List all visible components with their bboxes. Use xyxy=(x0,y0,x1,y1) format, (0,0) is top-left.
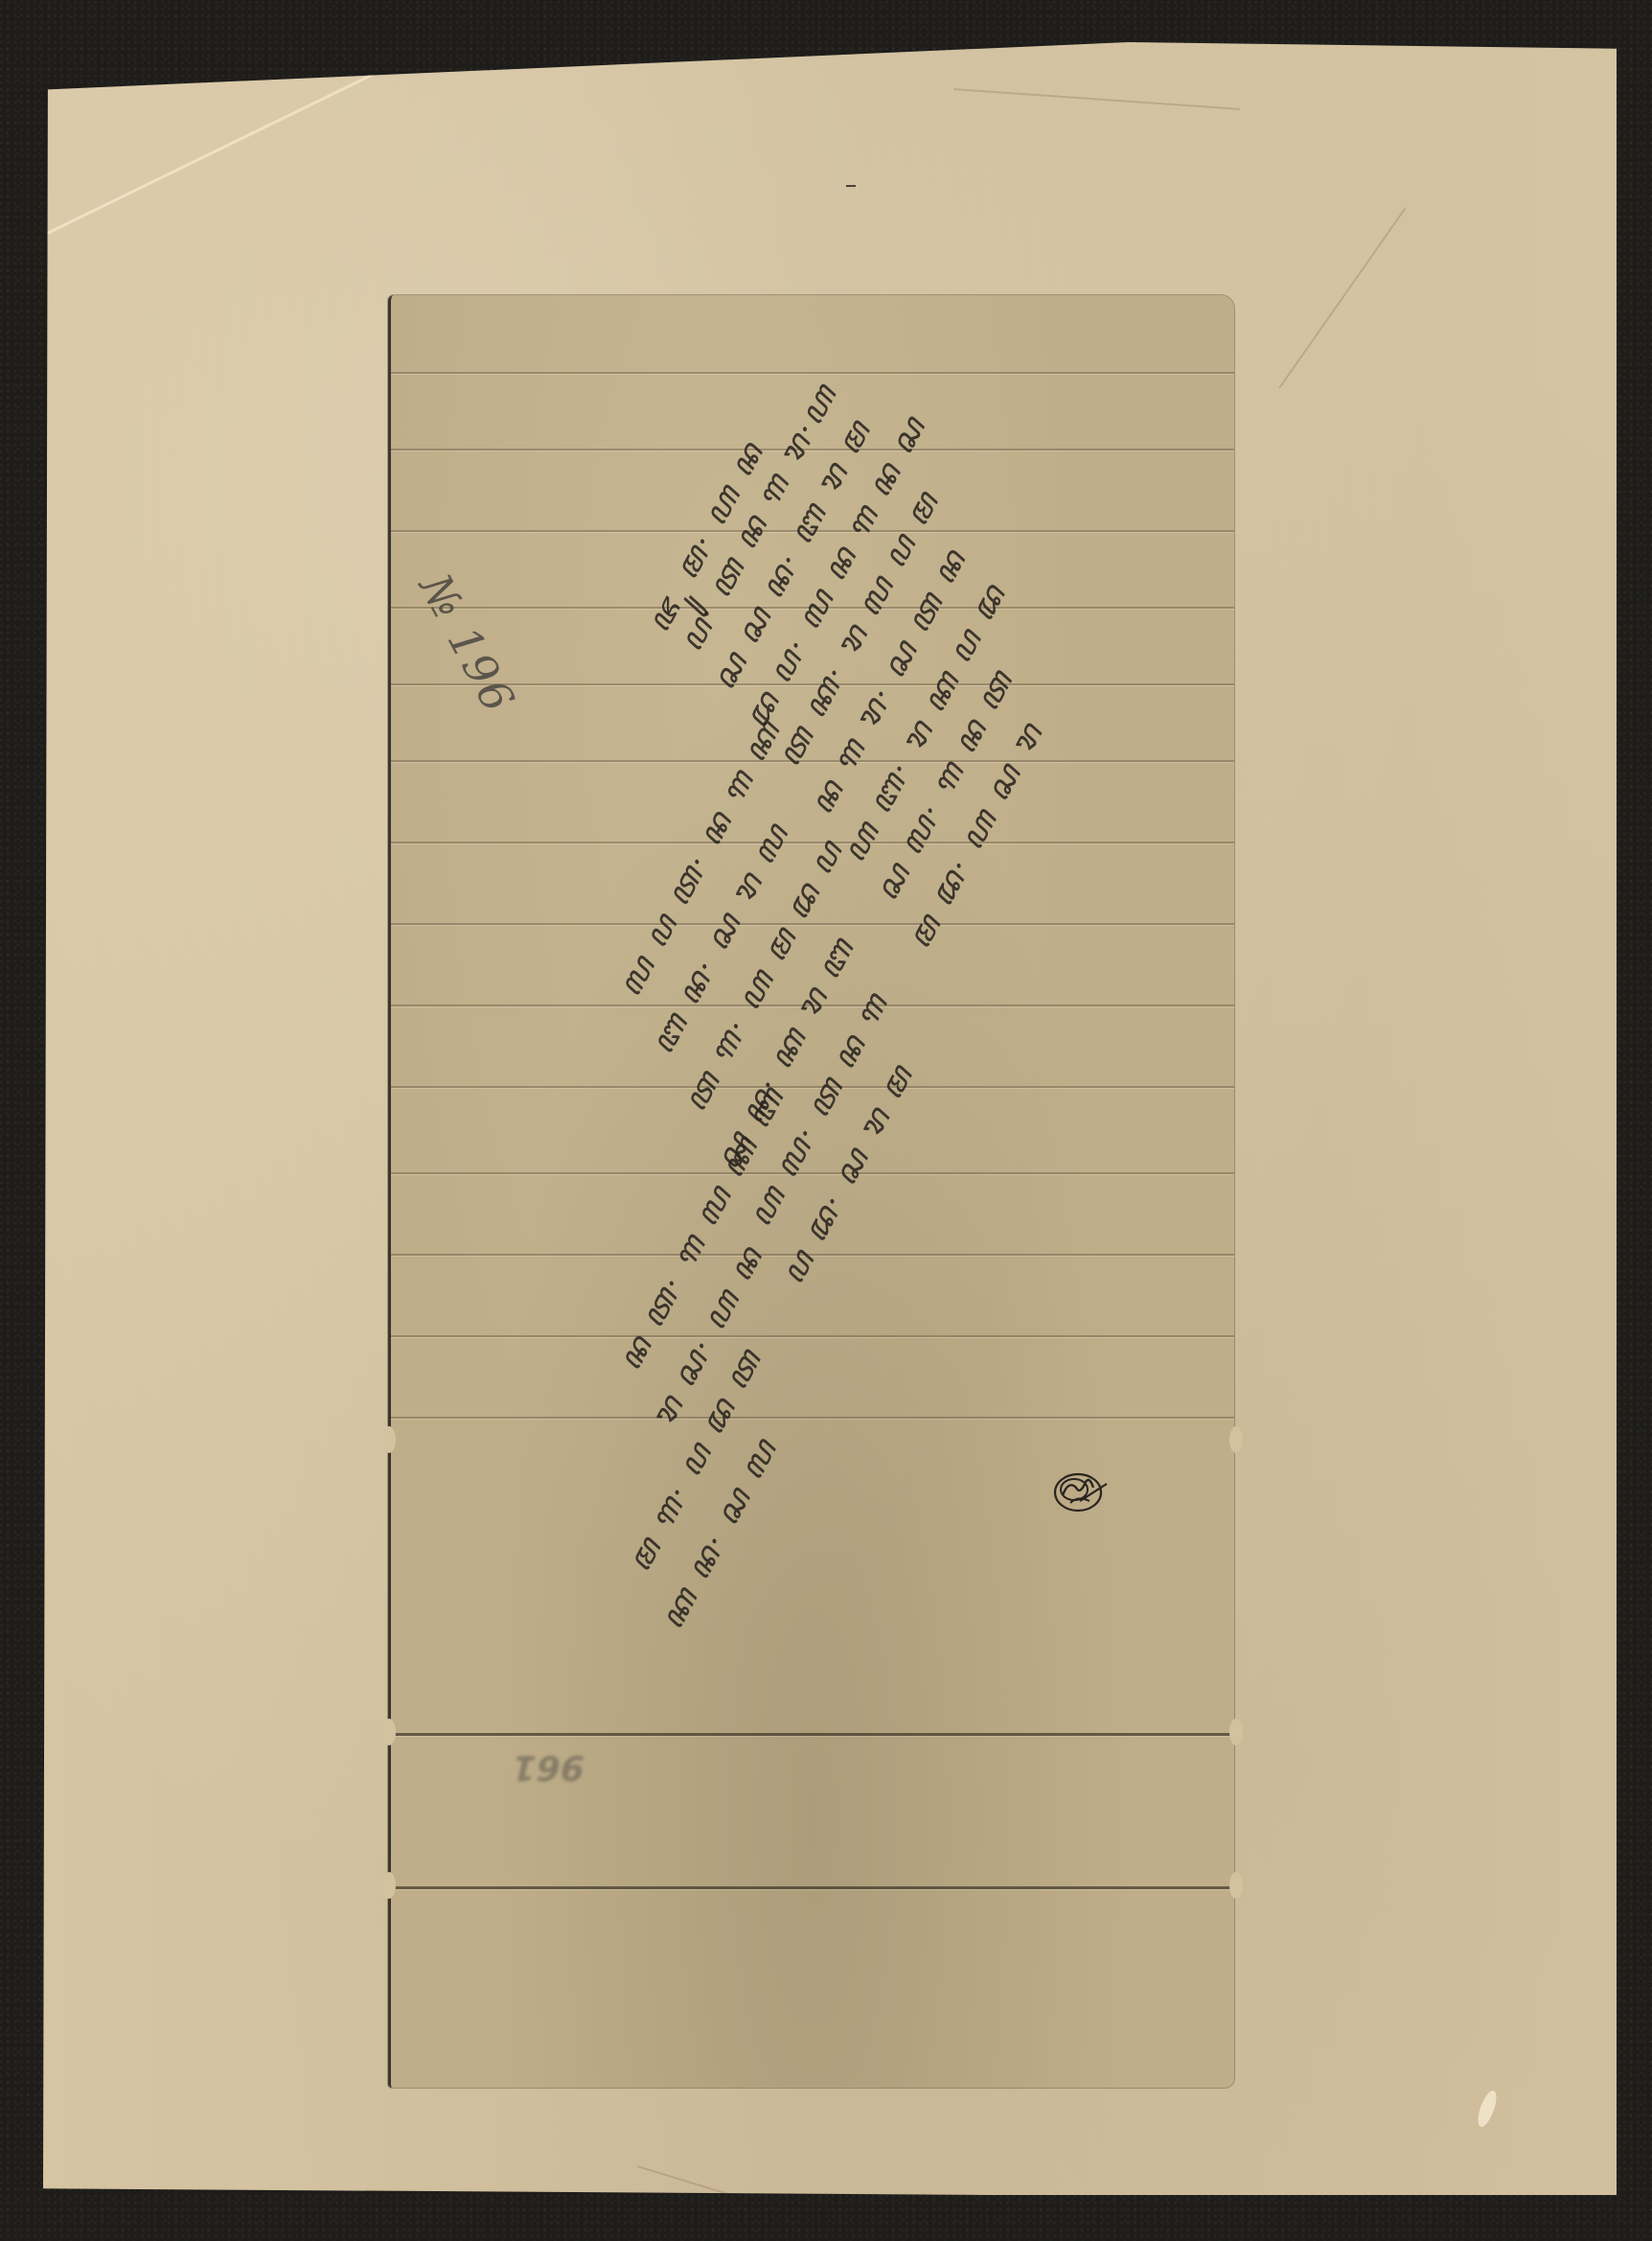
edge-notch xyxy=(1229,1719,1243,1745)
edge-notch xyxy=(382,1426,396,1453)
edge-notch xyxy=(1229,1426,1243,1453)
manuscript-slip: ꦗ ꦸ ꦩ· ꦲ ꦤ ꦥ· ꦠ ꦤ ꦒ ꦫ·ꦲ ꦱ ꦱ ꦤ· ꦧ ꦫ ꦩ ꦢ ꦥ… xyxy=(388,295,1234,2088)
manuscript-text: ꦗ ꦸ ꦩ· ꦲ ꦤ ꦥ· ꦠ ꦤ ꦒ ꦫ·ꦲ ꦱ ꦱ ꦤ· ꦧ ꦫ ꦩ ꦢ ꦥ… xyxy=(664,314,1229,1714)
paper-crease xyxy=(953,88,1240,110)
seal-icon xyxy=(1051,1467,1111,1514)
paper-crease xyxy=(637,2165,839,2229)
paper-crease xyxy=(1278,207,1407,389)
edge-notch xyxy=(382,1872,396,1899)
edge-notch xyxy=(1229,1872,1243,1899)
faint-number-annotation: 961 xyxy=(509,1747,589,1787)
paper-crease xyxy=(42,58,405,237)
fold-line xyxy=(391,1733,1234,1736)
edge-notch xyxy=(382,1719,396,1745)
fold-line xyxy=(391,1886,1234,1889)
pencil-dash-mark xyxy=(846,185,856,187)
